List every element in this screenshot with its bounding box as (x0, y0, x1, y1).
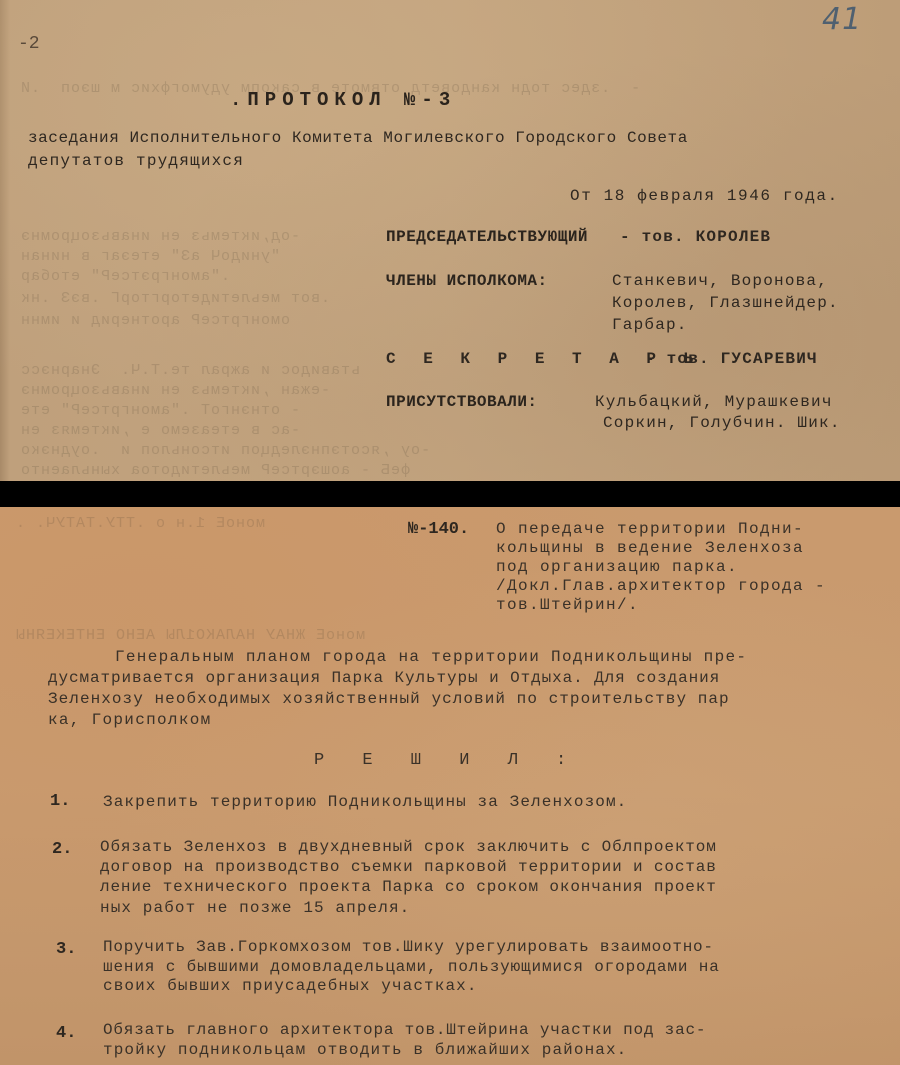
bleed-through-text: .вот меьлетидеторгторГ .вэЗ .нк (20, 290, 330, 307)
page-number-handwritten: 41 (822, 2, 862, 37)
agenda-line: О передаче территории Подни- (496, 520, 804, 539)
bleed-through-text: моноЕ 1.н о .ТТУ.ТАТУЧ. . (15, 515, 285, 532)
decision-line: ление технического проекта Парка со срок… (100, 877, 717, 897)
decision-number: 2. (52, 840, 72, 859)
members-line: Королев, Глазшнейдер. (612, 294, 839, 312)
decision-line: своих бывших приусадебных участках. (103, 976, 478, 996)
protocol-subtitle-line1: заседания Исполнительного Комитета Могил… (28, 129, 688, 147)
bleed-through-text: феБ - аошэртсеР меьлетидотоа хыньлаенто (20, 462, 410, 479)
agenda-line: под организацию парка. (496, 558, 738, 577)
decision-line: Обязать Зеленхоз в двухдневный срок закл… (100, 837, 717, 857)
corner-mark: -2 (18, 34, 40, 54)
body-line: дусматривается организация Парка Культур… (48, 668, 720, 689)
body-line: ка, Горисполком (48, 710, 212, 731)
bleed-through-text: ."амонгрэтсеР" етобар (20, 268, 250, 285)
document-page-top: - .здес тодн кандоветд отвмоте в сакопм … (0, 0, 900, 481)
present-line: Соркин, Голубчин. Шик. (603, 414, 841, 432)
decision-heading: Р Е Ш И Л : (314, 751, 580, 770)
meeting-date: От 18 февраля 1946 года. (570, 187, 839, 205)
present-line: Кульбацкий, Мурашкевич (595, 393, 833, 411)
bleed-through-text: -ас в етеаземо е ,иктемяз ен (20, 422, 300, 439)
agenda-line: тов.Штейрин/. (496, 596, 639, 615)
body-line: Зеленхозу необходимых хозяйственный усло… (48, 689, 730, 710)
bleed-through-text: омонгртсеР аротнерид и имнн (20, 312, 290, 329)
decision-line: Обязать главного архитектора тов.Штейрин… (103, 1020, 706, 1040)
bleed-through-text: моноЕ ЖНАУ НАЛАКО1ЛЫ АЕНО ЕНТЕКЕЯНЫ (15, 627, 365, 644)
document-page-bottom: моноЕ 1.н о .ТТУ.ТАТУЧ. . моноЕ ЖНАУ НАЛ… (0, 507, 900, 1065)
decision-number: 1. (50, 792, 70, 811)
chairman-label: ПРЕДСЕДАТЕЛЬСТВУЮЩИЙ (386, 228, 588, 246)
agenda-line: кольщины в ведение Зеленхоза (496, 539, 804, 558)
page-separator (0, 481, 900, 507)
bleed-through-text: -од,иктемьз ен инавьзоцромнэ (20, 228, 300, 245)
decision-line: тройку подникольцам отводить в ближайших… (103, 1040, 627, 1060)
protocol-title: .ПРОТОКОЛ №-3 (230, 89, 456, 111)
body-line: Генеральным планом города на территории … (115, 647, 747, 668)
members-line: Гарбар. (612, 316, 688, 334)
bleed-through-text: ьтавидос и ажрал те.Т.Ч. Энарнэсс (20, 362, 360, 379)
members-label: ЧЛЕНЫ ИСПОЛКОМА: (386, 272, 548, 290)
decision-line: ных работ не позже 15 апреля. (100, 898, 410, 918)
bleed-through-text: -оу ,ясотэпнэледцоп итсоньлоп и .оуднэко (20, 442, 430, 459)
chairman-value: - тов. КОРОЛЕВ (620, 228, 771, 246)
decision-line: Поручить Зав.Горкомхозом тов.Шику урегул… (103, 937, 714, 957)
bleed-through-text: - отнэнгоТ ."амонгртсеР" ете (20, 402, 300, 419)
agenda-number: №-140. (408, 520, 469, 539)
bleed-through-text: -ежан ,иктемьз ен инавьзоцромнэ (20, 382, 330, 399)
secretary-value: - тов. ГУСАРЕВИЧ (645, 350, 818, 368)
decision-line: Закрепить территорию Подникольщины за Зе… (103, 792, 627, 812)
decision-number: 3. (56, 940, 76, 959)
present-label: ПРИСУТСТВОВАЛИ: (386, 393, 538, 411)
decision-line: шения с бывшими домовладельцами, пользую… (103, 957, 720, 977)
decision-line: договор на производство съемки парковой … (100, 857, 717, 877)
members-line: Станкевич, Воронова, (612, 272, 828, 290)
decision-number: 4. (56, 1024, 76, 1043)
bleed-through-text: "унидоЧ аЗ" етеэаг в нинан (20, 248, 280, 265)
protocol-subtitle-line2: депутатов трудящихся (28, 152, 244, 170)
agenda-line: /Докл.Глав.архитектор города - (496, 577, 826, 596)
